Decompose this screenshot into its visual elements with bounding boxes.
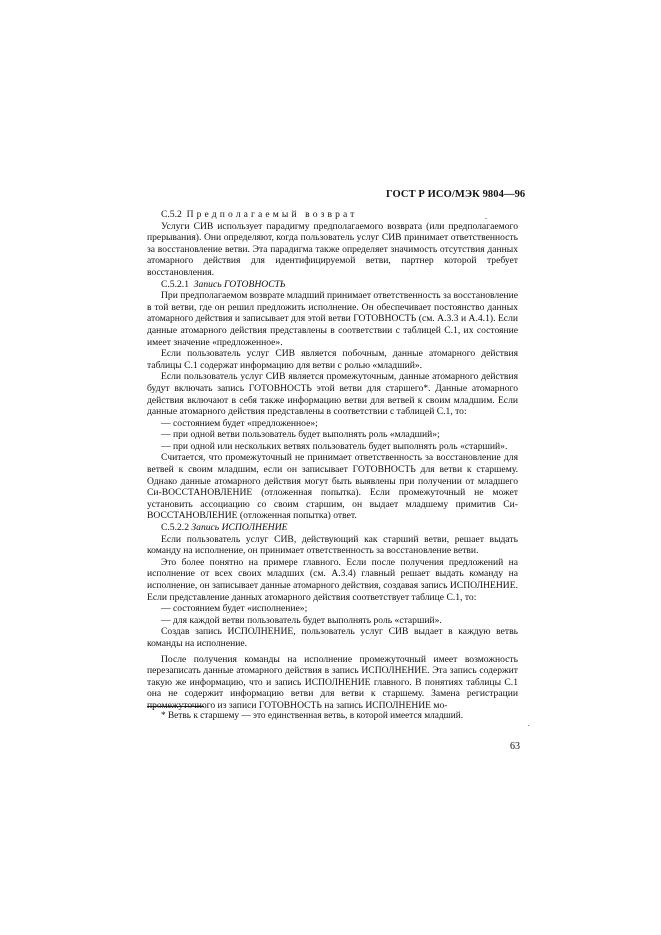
paragraph: После получения команды на исполнение пр… [147,654,518,712]
document-header: ГОСТ Р ИСО/МЭК 9804—96 [386,189,525,200]
footnote: * Ветвь к старшему — это единственная ве… [161,711,521,721]
paragraph: Если пользователь услуг СИВ является про… [147,371,518,417]
section-number: С.5.2 [161,209,182,220]
page-body: С.5.2 Предполагаемый возврат Услуги СИВ … [147,209,518,712]
subsection-heading: С.5.2.2 Запись ИСПОЛНЕНИЕ [147,522,518,534]
list-item: — состоянием будет «исполнение»; [147,603,518,615]
section-title: Предполагаемый возврат [187,209,358,220]
paragraph: Если пользователь услуг СИВ, действующий… [147,534,518,557]
subsection-title: Запись ИСПОЛНЕНИЕ [191,522,287,533]
list-item: — для каждой ветви пользователь будет вы… [147,615,518,627]
list-item: — состоянием будет «предложенное»; [147,418,518,430]
paragraph: Это более понятно на примере главного. Е… [147,557,518,603]
page-number: 63 [510,741,520,752]
paragraph: При предполагаемом возврате младший прин… [147,290,518,348]
list-item: — при одной или нескольких ветвях пользо… [147,441,518,453]
paragraph: Если пользователь услуг СИВ является поб… [147,348,518,371]
scan-speck [528,725,529,726]
subsection-number: С.5.2.2 [161,522,189,533]
subsection-title: Запись ГОТОВНОСТЬ [194,279,286,290]
paragraph: Создав запись ИСПОЛНЕНИЕ, пользователь у… [147,626,518,649]
paragraph: Услуги СИВ использует парадигму предпола… [147,221,518,279]
footnote-separator [147,706,204,707]
section-heading: С.5.2 Предполагаемый возврат [147,209,518,221]
paragraph: Считается, что промежуточный не принимае… [147,452,518,522]
list-item: — при одной ветви пользователь будет вып… [147,429,518,441]
subsection-heading: С.5.2.1 Запись ГОТОВНОСТЬ [147,279,518,291]
subsection-number: С.5.2.1 [161,279,189,290]
